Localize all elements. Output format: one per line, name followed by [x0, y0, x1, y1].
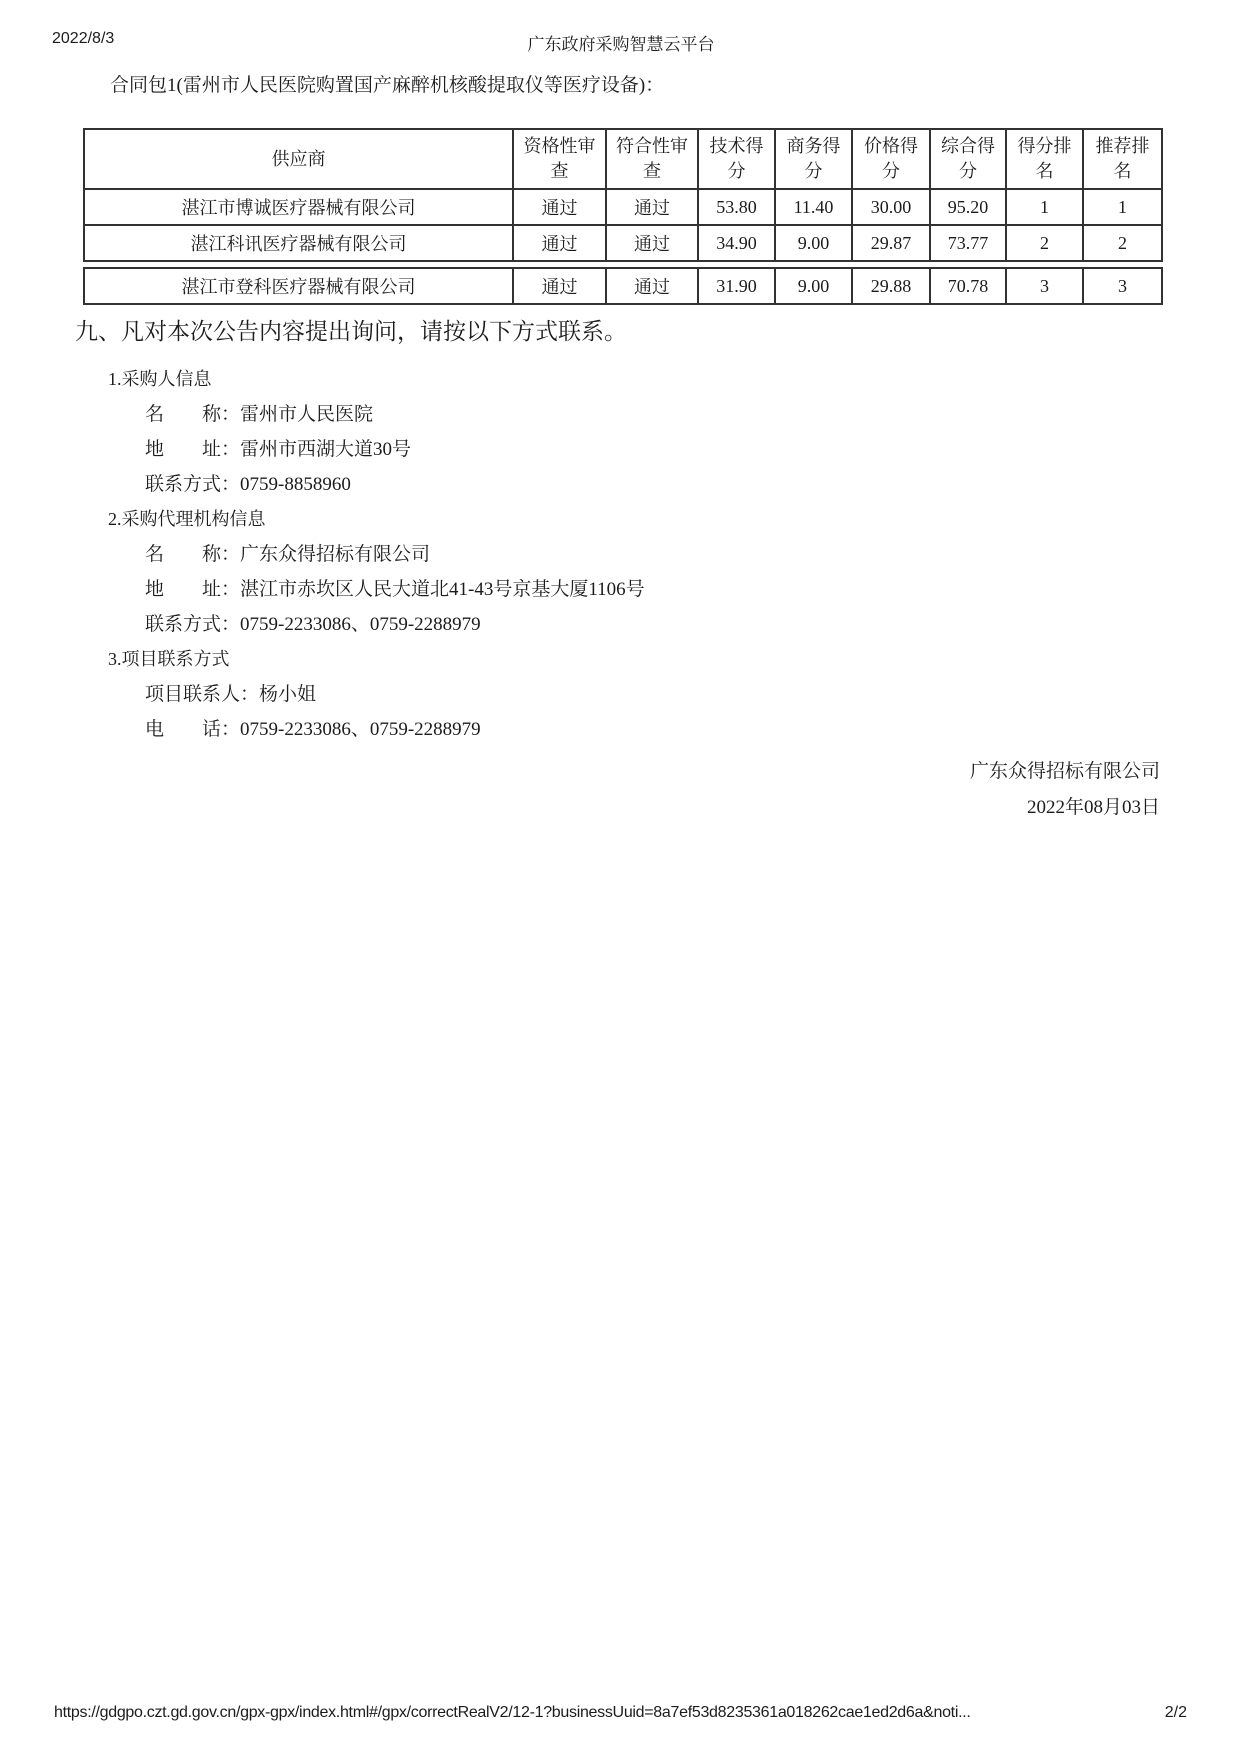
score-table-main: 供应商 资格性审 查 符合性审 查 技术得 分 商务得 分 价格得 分 综合得 … [83, 128, 1163, 262]
column-header-supplier: 供应商 [84, 129, 513, 189]
purchaser-info-group: 1.采购人信息 名 称：雷州市人民医院 地 址：雷州市西湖大道30号 联系方式：… [75, 368, 1167, 497]
column-header-recommend-rank: 推荐排 名 [1083, 129, 1162, 189]
footer-url: https://gdgpo.czt.gd.gov.cn/gpx-gpx/inde… [54, 1704, 971, 1722]
agency-name-line: 名 称：广东众得招标有限公司 [145, 543, 1167, 567]
score-rank-cell: 1 [1006, 189, 1083, 225]
supplier-cell: 湛江市博诚医疗器械有限公司 [84, 189, 513, 225]
group-title: 3.项目联系方式 [108, 648, 1167, 670]
signature-date: 2022年08月03日 [970, 796, 1160, 820]
supplier-cell: 湛江科讯医疗器械有限公司 [84, 225, 513, 261]
business-score-cell: 9.00 [775, 225, 852, 261]
agency-contact-line: 联系方式：0759-2233086、0759-2288979 [145, 613, 1167, 637]
price-score-cell: 30.00 [852, 189, 930, 225]
recommend-rank-cell: 1 [1083, 189, 1162, 225]
conformity-cell: 通过 [606, 225, 698, 261]
signature-block: 广东众得招标有限公司 2022年08月03日 [970, 760, 1160, 832]
price-score-cell: 29.87 [852, 225, 930, 261]
total-score-cell: 70.78 [930, 268, 1006, 304]
business-score-cell: 9.00 [775, 268, 852, 304]
column-header-score-rank: 得分排 名 [1006, 129, 1083, 189]
technical-score-cell: 34.90 [698, 225, 775, 261]
print-footer: https://gdgpo.czt.gd.gov.cn/gpx-gpx/inde… [54, 1704, 1187, 1722]
purchaser-address-line: 地 址：雷州市西湖大道30号 [145, 438, 1167, 462]
page-title: 广东政府采购智慧云平台 [52, 30, 1190, 55]
qualification-cell: 通过 [513, 189, 606, 225]
signature-company: 广东众得招标有限公司 [970, 760, 1160, 784]
total-score-cell: 73.77 [930, 225, 1006, 261]
agency-info-group: 2.采购代理机构信息 名 称：广东众得招标有限公司 地 址：湛江市赤坎区人民大道… [75, 508, 1167, 637]
project-phone-line: 电 话：0759-2233086、0759-2288979 [145, 718, 1167, 742]
group-title: 1.采购人信息 [108, 368, 1167, 390]
column-header-total-score: 综合得 分 [930, 129, 1006, 189]
footer-page-number: 2/2 [1165, 1704, 1187, 1722]
price-score-cell: 29.88 [852, 268, 930, 304]
business-score-cell: 11.40 [775, 189, 852, 225]
recommend-rank-cell: 2 [1083, 225, 1162, 261]
purchaser-name-line: 名 称：雷州市人民医院 [145, 403, 1167, 427]
total-score-cell: 95.20 [930, 189, 1006, 225]
section-heading: 九、凡对本次公告内容提出询问，请按以下方式联系。 [75, 316, 1167, 348]
qualification-cell: 通过 [513, 268, 606, 304]
column-header-conformity-review: 符合性审 查 [606, 129, 698, 189]
contract-package-subtitle: 合同包1(雷州市人民医院购置国产麻醉机核酸提取仪等医疗设备)： [110, 70, 664, 97]
column-header-technical-score: 技术得 分 [698, 129, 775, 189]
conformity-cell: 通过 [606, 268, 698, 304]
column-header-qualification-review: 资格性审 查 [513, 129, 606, 189]
project-contact-person-line: 项目联系人：杨小姐 [145, 683, 1167, 707]
score-table: 供应商 资格性审 查 符合性审 查 技术得 分 商务得 分 价格得 分 综合得 … [83, 128, 1161, 305]
recommend-rank-cell: 3 [1083, 268, 1162, 304]
score-rank-cell: 3 [1006, 268, 1083, 304]
table-row: 湛江市博诚医疗器械有限公司 通过 通过 53.80 11.40 30.00 95… [84, 189, 1162, 225]
supplier-cell: 湛江市登科医疗器械有限公司 [84, 268, 513, 304]
agency-address-line: 地 址：湛江市赤坎区人民大道北41-43号京基大厦1106号 [145, 578, 1167, 602]
conformity-cell: 通过 [606, 189, 698, 225]
technical-score-cell: 53.80 [698, 189, 775, 225]
group-title: 2.采购代理机构信息 [108, 508, 1167, 530]
score-rank-cell: 2 [1006, 225, 1083, 261]
technical-score-cell: 31.90 [698, 268, 775, 304]
qualification-cell: 通过 [513, 225, 606, 261]
column-header-price-score: 价格得 分 [852, 129, 930, 189]
print-header: 2022/8/3 广东政府采购智慧云平台 [52, 30, 1190, 50]
table-row: 湛江科讯医疗器械有限公司 通过 通过 34.90 9.00 29.87 73.7… [84, 225, 1162, 261]
purchaser-contact-line: 联系方式：0759-8858960 [145, 473, 1167, 497]
project-contact-group: 3.项目联系方式 项目联系人：杨小姐 电 话：0759-2233086、0759… [75, 648, 1167, 742]
score-table-continued: 湛江市登科医疗器械有限公司 通过 通过 31.90 9.00 29.88 70.… [83, 267, 1163, 305]
column-header-business-score: 商务得 分 [775, 129, 852, 189]
table-row: 湛江市登科医疗器械有限公司 通过 通过 31.90 9.00 29.88 70.… [84, 268, 1162, 304]
table-header-row: 供应商 资格性审 查 符合性审 查 技术得 分 商务得 分 价格得 分 综合得 … [84, 129, 1162, 189]
contact-section: 九、凡对本次公告内容提出询问，请按以下方式联系。 1.采购人信息 名 称：雷州市… [75, 316, 1167, 753]
